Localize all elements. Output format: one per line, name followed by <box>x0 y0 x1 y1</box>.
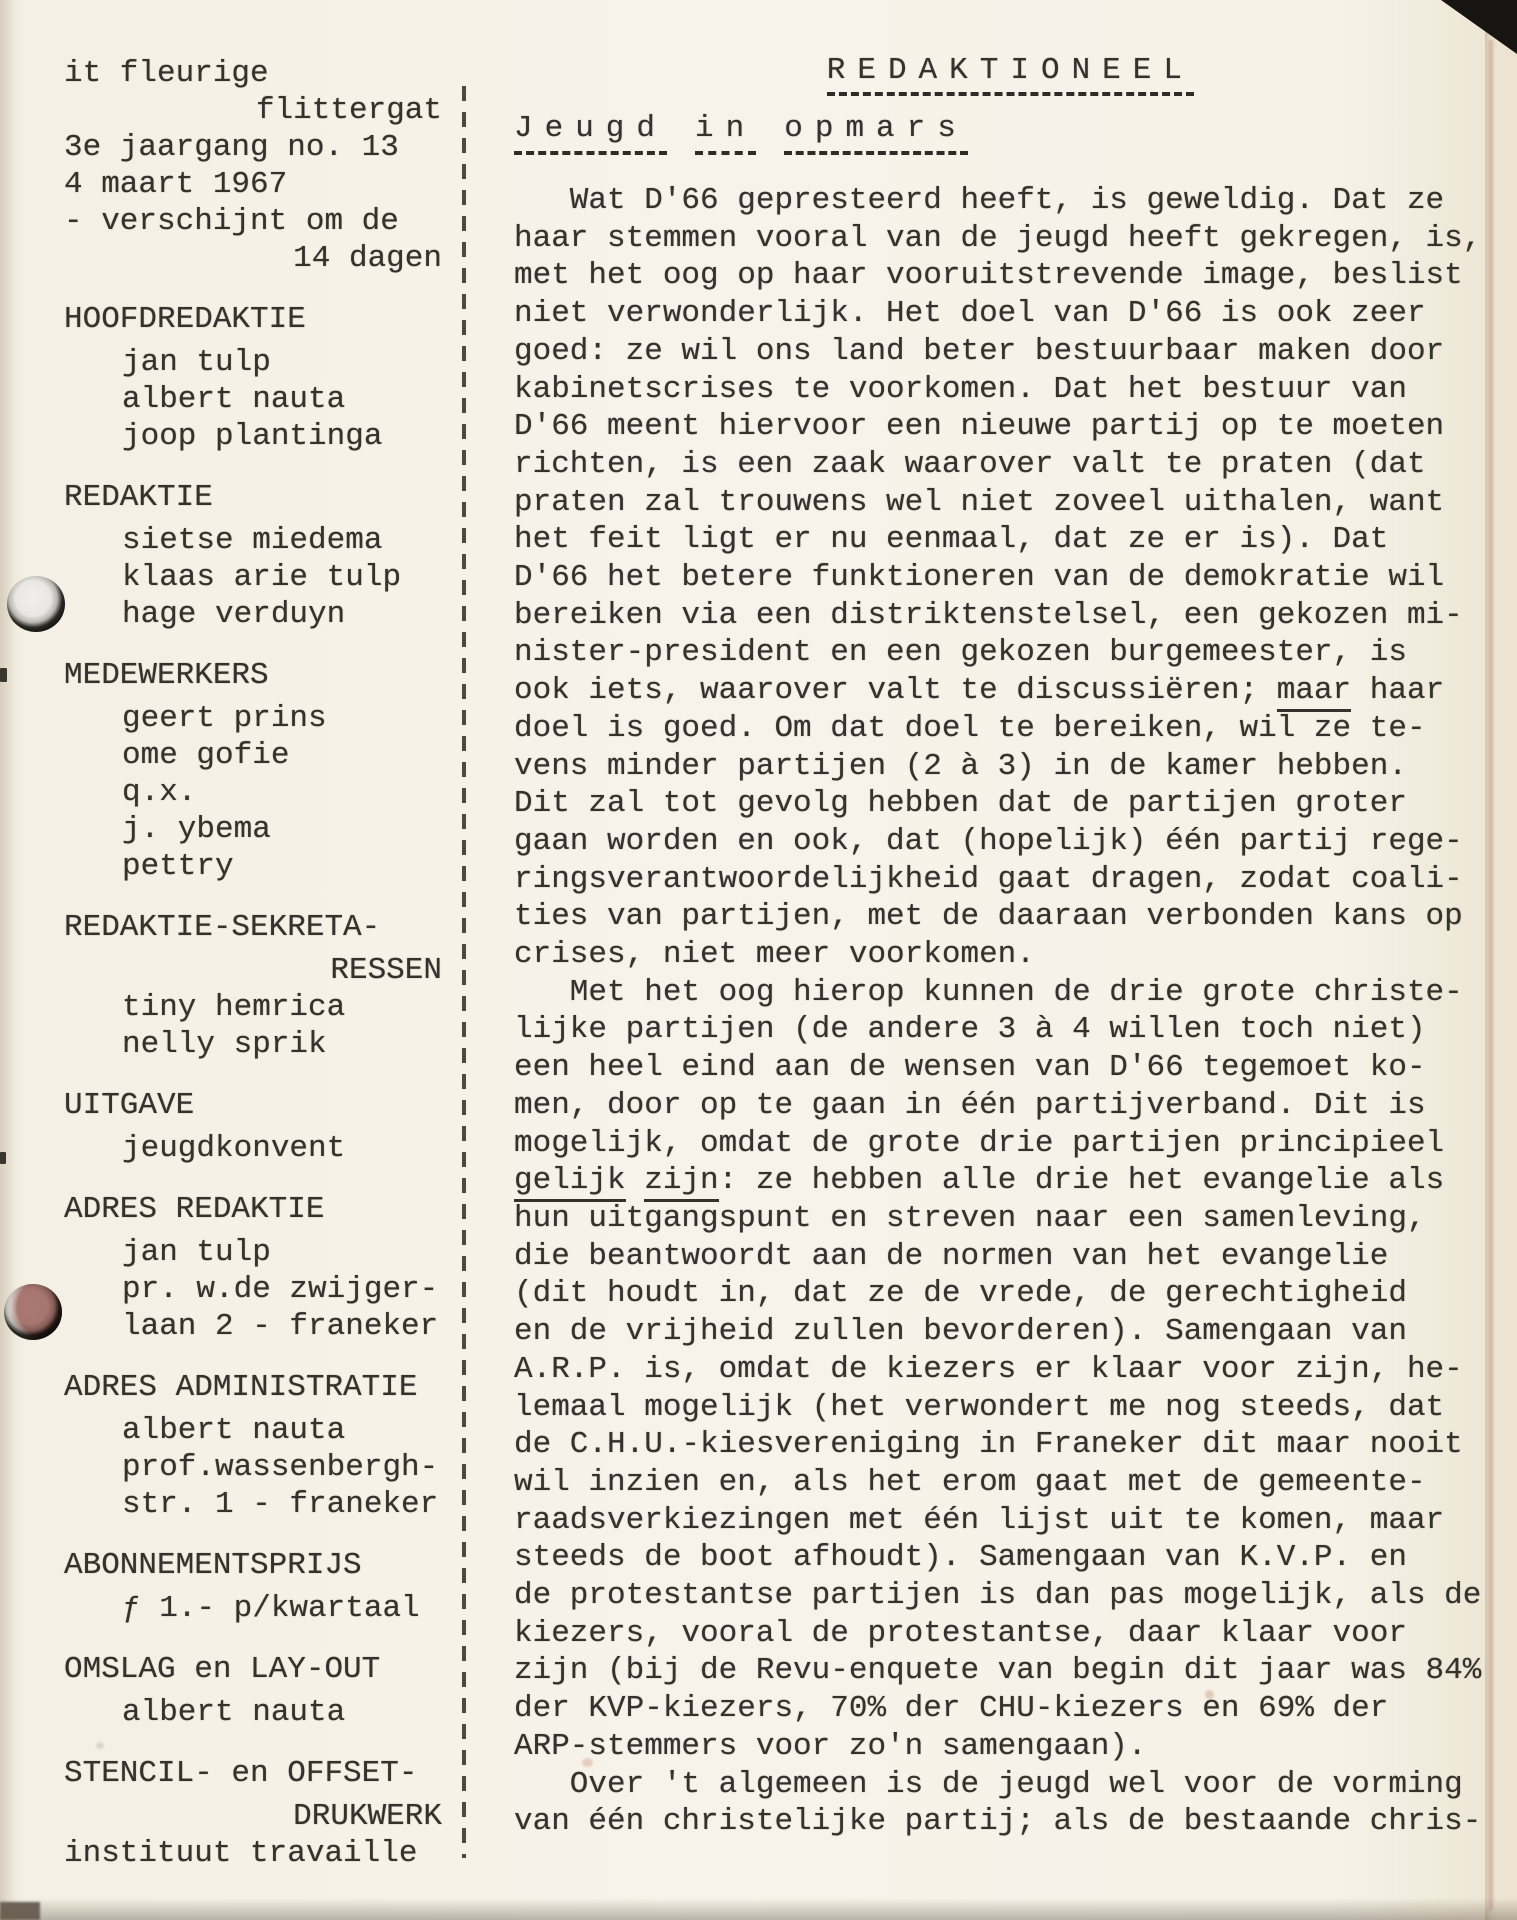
masthead-line: pr. w.de zwijger- <box>64 1271 442 1308</box>
article-line: mogelijk, omdat de grote drie partijen p… <box>514 1125 1490 1163</box>
scanned-zine-page: { "masthead": { "lines": [ {"text": "it … <box>0 0 1517 1920</box>
masthead: it fleurigeflittergat3e jaargang no. 134… <box>64 55 442 1872</box>
article-line: Dit zal tot gevolg hebben dat de partije… <box>514 785 1490 823</box>
article-line: doel is goed. Om dat doel te bereiken, w… <box>514 710 1490 748</box>
article-title: Jeugdinopmars <box>514 110 1490 172</box>
article-line: haar stemmen vooral van de jeugd heeft g… <box>514 220 1490 258</box>
article-line: het feit ligt er nu eenmaal, dat ze er i… <box>514 521 1490 559</box>
paper-nick <box>0 1152 6 1164</box>
masthead-line: albert nauta <box>64 1412 442 1449</box>
masthead-line: REDAKTIE-SEKRETA- <box>64 909 442 946</box>
masthead-line: STENCIL- en OFFSET- <box>64 1755 442 1792</box>
article-line: der KVP-kiezers, 70% der CHU-kiezers en … <box>514 1690 1490 1728</box>
article-line: van één christelijke partij; als de best… <box>514 1803 1490 1841</box>
masthead-line: tiny hemrica <box>64 989 442 1026</box>
masthead-line: REDAKTIE <box>64 479 442 516</box>
article-line: ARP-stemmers voor zo'n samengaan). <box>514 1728 1490 1766</box>
article-line: goed: ze wil ons land beter bestuurbaar … <box>514 333 1490 371</box>
article-line: raadsverkiezingen met één lijst uit te k… <box>514 1502 1490 1540</box>
masthead-line: it fleurige <box>64 55 442 92</box>
article-section-header: REDAKTIONEEL <box>514 52 1490 108</box>
masthead-line: joop plantinga <box>64 418 442 455</box>
page-edge-left <box>0 0 16 1920</box>
hole-punch-top <box>7 576 65 632</box>
article-line: die beantwoordt aan de normen van het ev… <box>514 1238 1490 1276</box>
masthead-line: 14 dagen <box>64 240 442 277</box>
article-line: wil inzien en, als het erom gaat met de … <box>514 1464 1490 1502</box>
scan-corner-bottom-left <box>0 1902 40 1920</box>
masthead-line: nelly sprik <box>64 1026 442 1063</box>
paper-nick <box>0 668 7 682</box>
masthead-line: jan tulp <box>64 344 442 381</box>
article-line: kabinetscrises te voorkomen. Dat het bes… <box>514 371 1490 409</box>
article-line: lemaal mogelijk (het verwondert me nog s… <box>514 1389 1490 1427</box>
article-line: richten, is een zaak waarover valt te pr… <box>514 446 1490 484</box>
section-header-text: REDAKTIONEEL <box>827 53 1194 96</box>
article-line: de protestantse partijen is dan pas moge… <box>514 1577 1490 1615</box>
masthead-line: str. 1 - franeker <box>64 1486 442 1523</box>
article-body: Wat D'66 gepresteerd heeft, is geweldig.… <box>514 182 1490 1841</box>
article-line: ringsverantwoordelijkheid gaat dragen, z… <box>514 861 1490 899</box>
article-line: crises, niet meer voorkomen. <box>514 936 1490 974</box>
masthead-line: albert nauta <box>64 1694 442 1731</box>
article-line: zijn (bij de Revu-enquete van begin dit … <box>514 1652 1490 1690</box>
article-line: niet verwonderlijk. Het doel van D'66 is… <box>514 295 1490 333</box>
page-edge-bottom-shadow <box>0 1898 1517 1920</box>
masthead-line: jeugdkonvent <box>64 1130 442 1167</box>
masthead-line: ABONNEMENTSPRIJS <box>64 1547 442 1584</box>
masthead-line: HOOFDREDAKTIE <box>64 301 442 338</box>
masthead-line: UITGAVE <box>64 1087 442 1124</box>
masthead-line: prof.wassenbergh- <box>64 1449 442 1486</box>
masthead-line: hage verduyn <box>64 596 442 633</box>
article-line: ties van partijen, met de daaraan verbon… <box>514 898 1490 936</box>
masthead-line: ƒ 1.- p/kwartaal <box>64 1590 442 1627</box>
masthead-line: laan 2 - franeker <box>64 1308 442 1345</box>
masthead-line: ome gofie <box>64 737 442 774</box>
underlined-word: gelijk <box>514 1163 626 1202</box>
article-title-word: in <box>695 110 756 155</box>
article-line: Over 't algemeen is de jeugd wel voor de… <box>514 1766 1490 1804</box>
article-line: gelijk zijn: ze hebben alle drie het eva… <box>514 1162 1490 1200</box>
article-line: steeds de boot afhoudt). Samengaan van K… <box>514 1539 1490 1577</box>
article-line: praten zal trouwens wel niet zoveel uith… <box>514 484 1490 522</box>
masthead-line: 3e jaargang no. 13 <box>64 129 442 166</box>
article-line: nister-president en een gekozen burgemee… <box>514 634 1490 672</box>
masthead-line: sietse miedema <box>64 522 442 559</box>
masthead-line: ADRES REDAKTIE <box>64 1191 442 1228</box>
masthead-line: geert prins <box>64 700 442 737</box>
article-line: (dit houdt in, dat ze de vrede, de gerec… <box>514 1275 1490 1313</box>
column-divider <box>462 86 466 1858</box>
article-line: Wat D'66 gepresteerd heeft, is geweldig.… <box>514 182 1490 220</box>
masthead-line: - verschijnt om de <box>64 203 442 240</box>
article-line: D'66 meent hiervoor een nieuwe partij op… <box>514 408 1490 446</box>
article-line: de C.H.U.-kiesvereniging in Franeker dit… <box>514 1426 1490 1464</box>
article-title-word: opmars <box>784 110 968 155</box>
article-line: men, door op te gaan in één partijverban… <box>514 1087 1490 1125</box>
article-line: een heel eind aan de wensen van D'66 teg… <box>514 1049 1490 1087</box>
masthead-line: q.x. <box>64 774 442 811</box>
article-line: en de vrijheid zullen bevorderen). Samen… <box>514 1313 1490 1351</box>
masthead-line: ADRES ADMINISTRATIE <box>64 1369 442 1406</box>
masthead-line: instituut travaille <box>64 1835 442 1872</box>
masthead-line: flittergat <box>64 92 442 129</box>
masthead-line: jan tulp <box>64 1234 442 1271</box>
underlined-word: maar <box>1277 673 1351 712</box>
article-line: hun uitgangspunt en streven naar een sam… <box>514 1200 1490 1238</box>
masthead-line: 4 maart 1967 <box>64 166 442 203</box>
masthead-line: j. ybema <box>64 811 442 848</box>
article: REDAKTIONEEL Jeugdinopmars Wat D'66 gepr… <box>514 52 1490 1841</box>
masthead-line: klaas arie tulp <box>64 559 442 596</box>
hole-punch-bottom <box>4 1284 62 1340</box>
masthead-line: RESSEN <box>64 952 442 989</box>
article-line: vens minder partijen (2 à 3) in de kamer… <box>514 748 1490 786</box>
article-line: ook iets, waarover valt te discussiëren;… <box>514 672 1490 710</box>
article-line: bereiken via een distriktenstelsel, een … <box>514 597 1490 635</box>
masthead-line: pettry <box>64 848 442 885</box>
masthead-line: OMSLAG en LAY-OUT <box>64 1651 442 1688</box>
masthead-line: MEDEWERKERS <box>64 657 442 694</box>
masthead-line: DRUKWERK <box>64 1798 442 1835</box>
masthead-line: albert nauta <box>64 381 442 418</box>
article-line: kiezers, vooral de protestantse, daar kl… <box>514 1615 1490 1653</box>
article-line: lijke partijen (de andere 3 à 4 willen t… <box>514 1011 1490 1049</box>
article-line: D'66 het betere funktioneren van de demo… <box>514 559 1490 597</box>
hole-punch-tint <box>4 1284 62 1340</box>
article-line: A.R.P. is, omdat de kiezers er klaar voo… <box>514 1351 1490 1389</box>
article-line: met het oog op haar vooruitstrevende ima… <box>514 257 1490 295</box>
article-line: Met het oog hierop kunnen de drie grote … <box>514 974 1490 1012</box>
underlined-word: zijn <box>644 1163 718 1202</box>
article-title-word: Jeugd <box>514 110 667 155</box>
article-line: gaan worden en ook, dat (hopelijk) één p… <box>514 823 1490 861</box>
